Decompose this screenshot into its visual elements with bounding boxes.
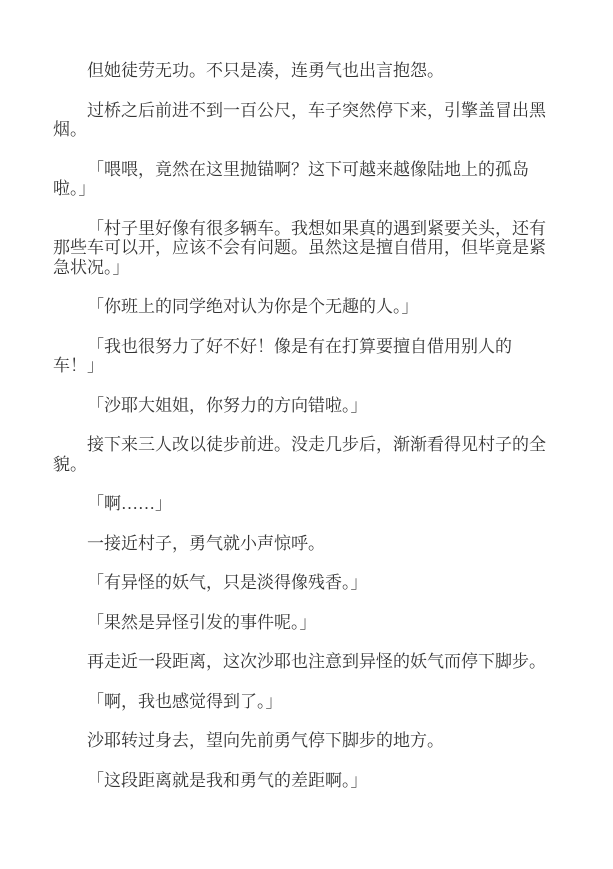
paragraph: 「有异怪的妖气，只是淡得像残香。」 (53, 573, 553, 593)
paragraph: 再走近一段距离，这次沙耶也注意到异怪的妖气而停下脚步。 (53, 652, 553, 672)
paragraph: 沙耶转过身去，望向先前勇气停下脚步的地方。 (53, 731, 553, 751)
paragraph: 「这段距离就是我和勇气的差距啊。」 (53, 771, 553, 791)
paragraph: 「喂喂，竟然在这里抛锚啊？这下可越来越像陆地上的孤岛啦。」 (53, 160, 553, 199)
paragraph: 「我也很努力了好不好！像是有在打算要擅自借用别人的车！」 (53, 337, 553, 376)
document-page: 但她徒劳无功。不只是凑，连勇气也出言抱怨。过桥之后前进不到一百公尺，车子突然停下… (0, 0, 613, 869)
novel-text-column: 但她徒劳无功。不只是凑，连勇气也出言抱怨。过桥之后前进不到一百公尺，车子突然停下… (53, 61, 553, 790)
paragraph: 「啊……」 (53, 494, 553, 514)
paragraph: 「啊，我也感觉得到了。」 (53, 692, 553, 712)
paragraph: 「村子里好像有很多辆车。我想如果真的遇到紧要关头，还有那些车可以开，应该不会有问… (53, 219, 553, 278)
paragraph: 「沙耶大姐姐，你努力的方向错啦。」 (53, 396, 553, 416)
paragraph: 一接近村子，勇气就小声惊呼。 (53, 534, 553, 554)
paragraph: 但她徒劳无功。不只是凑，连勇气也出言抱怨。 (53, 61, 553, 81)
paragraph: 「果然是异怪引发的事件呢。」 (53, 613, 553, 633)
paragraph: 过桥之后前进不到一百公尺，车子突然停下来，引擎盖冒出黑烟。 (53, 101, 553, 140)
paragraph: 接下来三人改以徒步前进。没走几步后，渐渐看得见村子的全貌。 (53, 435, 553, 474)
paragraph: 「你班上的同学绝对认为你是个无趣的人。」 (53, 297, 553, 317)
